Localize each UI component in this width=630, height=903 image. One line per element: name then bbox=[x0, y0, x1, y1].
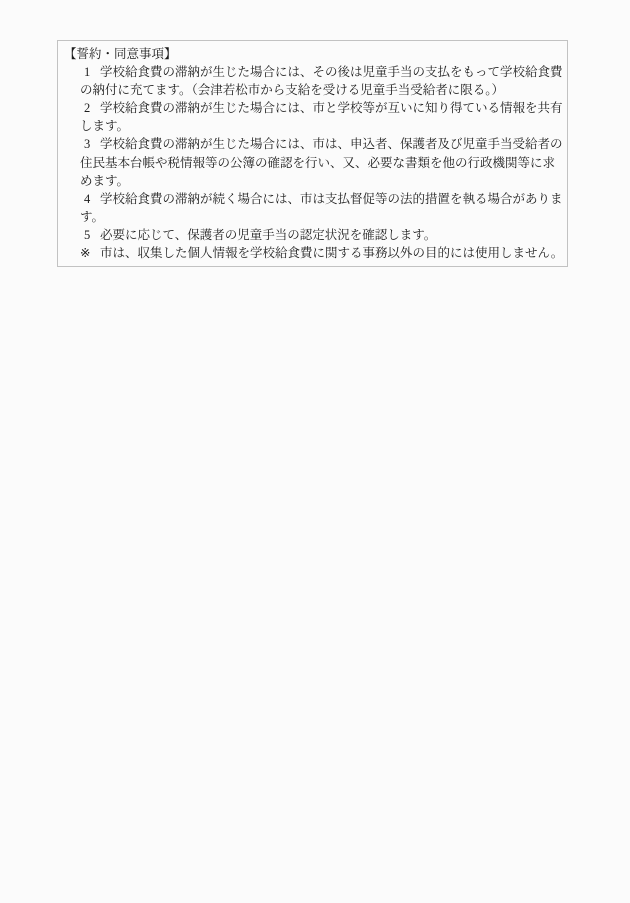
item-text: の納付に充てます。（会津若松市から支給を受ける児童手当受給者に限る。） bbox=[80, 83, 504, 97]
item-number: 5 bbox=[80, 226, 100, 244]
document-page: 【誓約・同意事項】 1学校給食費の滞納が生じた場合には、その後は児童手当の支払を… bbox=[0, 0, 630, 903]
item-text: 住民基本台帳や税情報等の公簿の確認を行い、又、必要な書類を他の行政機関等に求 bbox=[80, 156, 555, 170]
item-text: 学校給食費の滞納が生じた場合には、市は、申込者、保護者及び児童手当受給者の bbox=[100, 137, 563, 151]
pledge-box-title: 【誓約・同意事項】 bbox=[64, 45, 561, 63]
pledge-item-5-line-1: 5必要に応じて、保護者の児童手当の認定状況を確認します。 bbox=[64, 226, 561, 244]
pledge-item-1-line-1: 1学校給食費の滞納が生じた場合には、その後は児童手当の支払をもって学校給食費 bbox=[64, 63, 561, 81]
pledge-item-4-line-1: 4学校給食費の滞納が続く場合には、市は支払督促等の法的措置を執る場合がありま bbox=[64, 190, 561, 208]
item-number: 1 bbox=[80, 63, 100, 81]
pledge-item-3-line-3: めます。 bbox=[64, 172, 561, 190]
item-text: す。 bbox=[80, 210, 104, 224]
pledge-item-3-line-1: 3学校給食費の滞納が生じた場合には、市は、申込者、保護者及び児童手当受給者の bbox=[64, 135, 561, 153]
pledge-agreement-box: 【誓約・同意事項】 1学校給食費の滞納が生じた場合には、その後は児童手当の支払を… bbox=[57, 40, 568, 267]
pledge-item-3-line-2: 住民基本台帳や税情報等の公簿の確認を行い、又、必要な書類を他の行政機関等に求 bbox=[64, 154, 561, 172]
item-number: 2 bbox=[80, 99, 100, 117]
item-number: 4 bbox=[80, 190, 100, 208]
item-text: 必要に応じて、保護者の児童手当の認定状況を確認します。 bbox=[100, 228, 436, 242]
pledge-item-2-line-1: 2学校給食費の滞納が生じた場合には、市と学校等が互いに知り得ている情報を共有 bbox=[64, 99, 561, 117]
item-text: 学校給食費の滞納が生じた場合には、市と学校等が互いに知り得ている情報を共有 bbox=[100, 101, 563, 115]
pledge-title-text: 【誓約・同意事項】 bbox=[64, 47, 177, 61]
note-asterisk-marker: ※ bbox=[80, 244, 100, 262]
pledge-item-4-line-2: す。 bbox=[64, 208, 561, 226]
item-text: 学校給食費の滞納が生じた場合には、その後は児童手当の支払をもって学校給食費 bbox=[100, 65, 563, 79]
pledge-note-line: ※市は、収集した個人情報を学校給食費に関する事務以外の目的には使用しません。 bbox=[64, 244, 561, 262]
item-text: 学校給食費の滞納が続く場合には、市は支払督促等の法的措置を執る場合がありま bbox=[100, 192, 563, 206]
item-text: します。 bbox=[80, 119, 129, 133]
item-text: 市は、収集した個人情報を学校給食費に関する事務以外の目的には使用しません。 bbox=[100, 246, 563, 260]
item-number: 3 bbox=[80, 135, 100, 153]
pledge-item-2-line-2: します。 bbox=[64, 117, 561, 135]
item-text: めます。 bbox=[80, 174, 129, 188]
pledge-item-1-line-2: の納付に充てます。（会津若松市から支給を受ける児童手当受給者に限る。） bbox=[64, 81, 561, 99]
